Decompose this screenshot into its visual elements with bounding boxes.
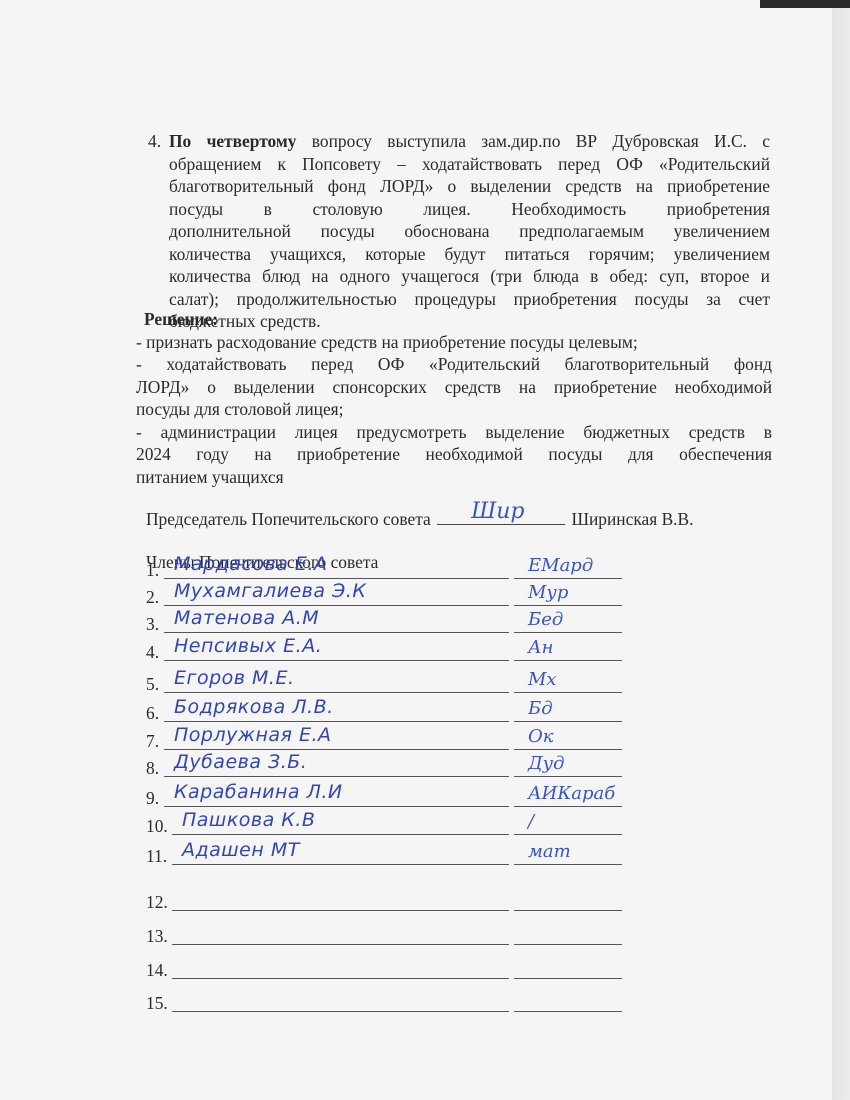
member-name: Матенова А.М [174, 607, 319, 629]
member-number: 7. [146, 731, 159, 752]
member-signature-field [514, 884, 622, 911]
member-row: 15. [146, 986, 626, 1014]
member-name: Непсивых Е.А. [174, 635, 322, 657]
item4-line-8: салат); продолжительностью процедуры при… [169, 288, 770, 311]
member-name-field [172, 884, 509, 911]
decision-line-4: посуды для столовой лицея; [136, 398, 772, 421]
item4-line-7: количества блюд на одного учащегося (три… [169, 265, 770, 288]
member-number: 3. [146, 614, 159, 635]
member-name-field [172, 985, 509, 1012]
decision-heading: Решение: [144, 308, 772, 331]
decision-line-1: - признать расходование средств на приоб… [136, 331, 772, 354]
member-row: 4.Непсивых Е.А.Ан [146, 635, 626, 663]
member-number: 14. [146, 960, 168, 981]
member-signature-field: Дуд [514, 750, 622, 777]
member-name-field: Матенова А.М [164, 606, 509, 633]
decision-line-6: 2024 году на приобретение необходимой по… [136, 443, 772, 466]
member-number: 9. [146, 788, 159, 809]
member-name: Егоров М.Е. [174, 667, 295, 689]
member-signature: мат [528, 841, 571, 862]
member-signature: Ан [528, 637, 554, 658]
member-number: 4. [146, 642, 159, 663]
item4-line-1: По четвертому вопросу выступила зам.дир.… [169, 130, 770, 153]
member-signature-field: мат [514, 838, 622, 865]
member-row: 13. [146, 919, 626, 947]
member-signature-field: / [514, 808, 622, 835]
member-name-field: Адашен МТ [172, 838, 509, 865]
chairman-label: Председатель Попечительского совета [146, 509, 431, 529]
member-name: Пашкова К.В [182, 809, 315, 831]
member-name: Карабанина Л.И [174, 781, 343, 803]
member-name: Бодрякова Л.В. [174, 696, 334, 718]
decision-section: Решение: - признать расходование средств… [136, 308, 772, 488]
decision-line-3: ЛОРД» о выделении спонсорских средств на… [136, 376, 772, 399]
member-signature-field: Мур [514, 579, 622, 606]
member-name: Мардасова Е.А [174, 553, 327, 575]
item4-line-2: обращением к Попсовету – ходатайствовать… [169, 153, 770, 176]
member-number: 13. [146, 926, 168, 947]
member-row: 1.Мардасова Е.АЕМард [146, 553, 626, 581]
agenda-item-4: 4. По четвертому вопросу выступила зам.д… [148, 130, 770, 333]
member-name-field: Пашкова К.В [172, 808, 509, 835]
member-signature: Ок [528, 726, 554, 747]
member-number: 10. [146, 816, 168, 837]
member-signature-field: Бд [514, 695, 622, 722]
member-name-field: Мардасова Е.А [164, 552, 509, 579]
member-signature-field: АИКараб [514, 780, 622, 807]
member-signature-field: Ок [514, 723, 622, 750]
member-signature-field: Ан [514, 634, 622, 661]
member-row: 8.Дубаева З.Б.Дуд [146, 751, 626, 779]
item4-bold-lead: По четвертому [169, 131, 296, 151]
item4-line-3: благотворительный фонд ЛОРД» о выделении… [169, 175, 770, 198]
member-name-field [172, 952, 509, 979]
member-name-field [172, 918, 509, 945]
member-name-field: Мухамгалиева Э.К [164, 579, 509, 606]
scan-shadow [760, 0, 850, 8]
member-signature: ЕМард [528, 555, 593, 576]
member-name-field: Порлужная Е.А [164, 723, 509, 750]
member-row: 2.Мухамгалиева Э.КМур [146, 580, 626, 608]
item4-line-6: количества учащихся, которые будут питат… [169, 243, 770, 266]
member-row: 7.Порлужная Е.АОк [146, 724, 626, 752]
member-name: Дубаева З.Б. [174, 751, 307, 773]
decision-line-5: - администрации лицея предусмотреть выде… [136, 421, 772, 444]
member-number: 12. [146, 892, 168, 913]
member-name-field: Карабанина Л.И [164, 780, 509, 807]
member-name-field: Бодрякова Л.В. [164, 695, 509, 722]
member-row: 10.Пашкова К.В/ [146, 809, 626, 837]
chairman-signature-line: Председатель Попечительского совета Шир … [146, 508, 693, 530]
member-number: 5. [146, 674, 159, 695]
member-row: 6.Бодрякова Л.В.Бд [146, 696, 626, 724]
member-signature: Мур [528, 582, 568, 603]
item-number: 4. [148, 130, 161, 153]
member-signature-field: Бед [514, 606, 622, 633]
member-signature: АИКараб [528, 783, 615, 804]
member-signature: Бд [528, 698, 553, 719]
member-signature-field [514, 918, 622, 945]
item4-line-5: дополнительной посуды обоснована предпол… [169, 220, 770, 243]
member-signature-field: Мх [514, 666, 622, 693]
decision-line-2: - ходатайствовать перед ОФ «Родительский… [136, 353, 772, 376]
member-signature: Мх [528, 669, 557, 690]
member-row: 3.Матенова А.МБед [146, 607, 626, 635]
member-number: 11. [146, 846, 167, 867]
member-name: Мухамгалиева Э.К [174, 580, 366, 602]
member-name-field: Непсивых Е.А. [164, 634, 509, 661]
member-number: 6. [146, 703, 159, 724]
member-name-field: Дубаева З.Б. [164, 750, 509, 777]
member-signature-field [514, 952, 622, 979]
member-name-field: Егоров М.Е. [164, 666, 509, 693]
member-signature-field: ЕМард [514, 552, 622, 579]
member-signature: / [528, 811, 534, 832]
chairman-signature-field: Шир [437, 508, 565, 525]
member-signature: Бед [528, 609, 563, 630]
item4-line-4: посуды в столовую лицея. Необходимость п… [169, 198, 770, 221]
member-number: 2. [146, 587, 159, 608]
member-name: Адашен МТ [182, 839, 300, 861]
member-number: 15. [146, 993, 168, 1014]
member-row: 11.Адашен МТмат [146, 839, 626, 867]
member-signature-field [514, 985, 622, 1012]
decision-line-7: питанием учащихся [136, 466, 772, 489]
member-signature: Дуд [528, 753, 564, 774]
chairman-signature: Шир [471, 499, 524, 524]
member-row: 5.Егоров М.Е.Мх [146, 667, 626, 695]
page-edge [832, 0, 850, 1100]
member-row: 9.Карабанина Л.ИАИКараб [146, 781, 626, 809]
member-name: Порлужная Е.А [174, 724, 332, 746]
member-row: 12. [146, 885, 626, 913]
chairman-name: Ширинская В.В. [571, 509, 693, 529]
member-row: 14. [146, 953, 626, 981]
member-number: 1. [146, 560, 159, 581]
member-number: 8. [146, 758, 159, 779]
